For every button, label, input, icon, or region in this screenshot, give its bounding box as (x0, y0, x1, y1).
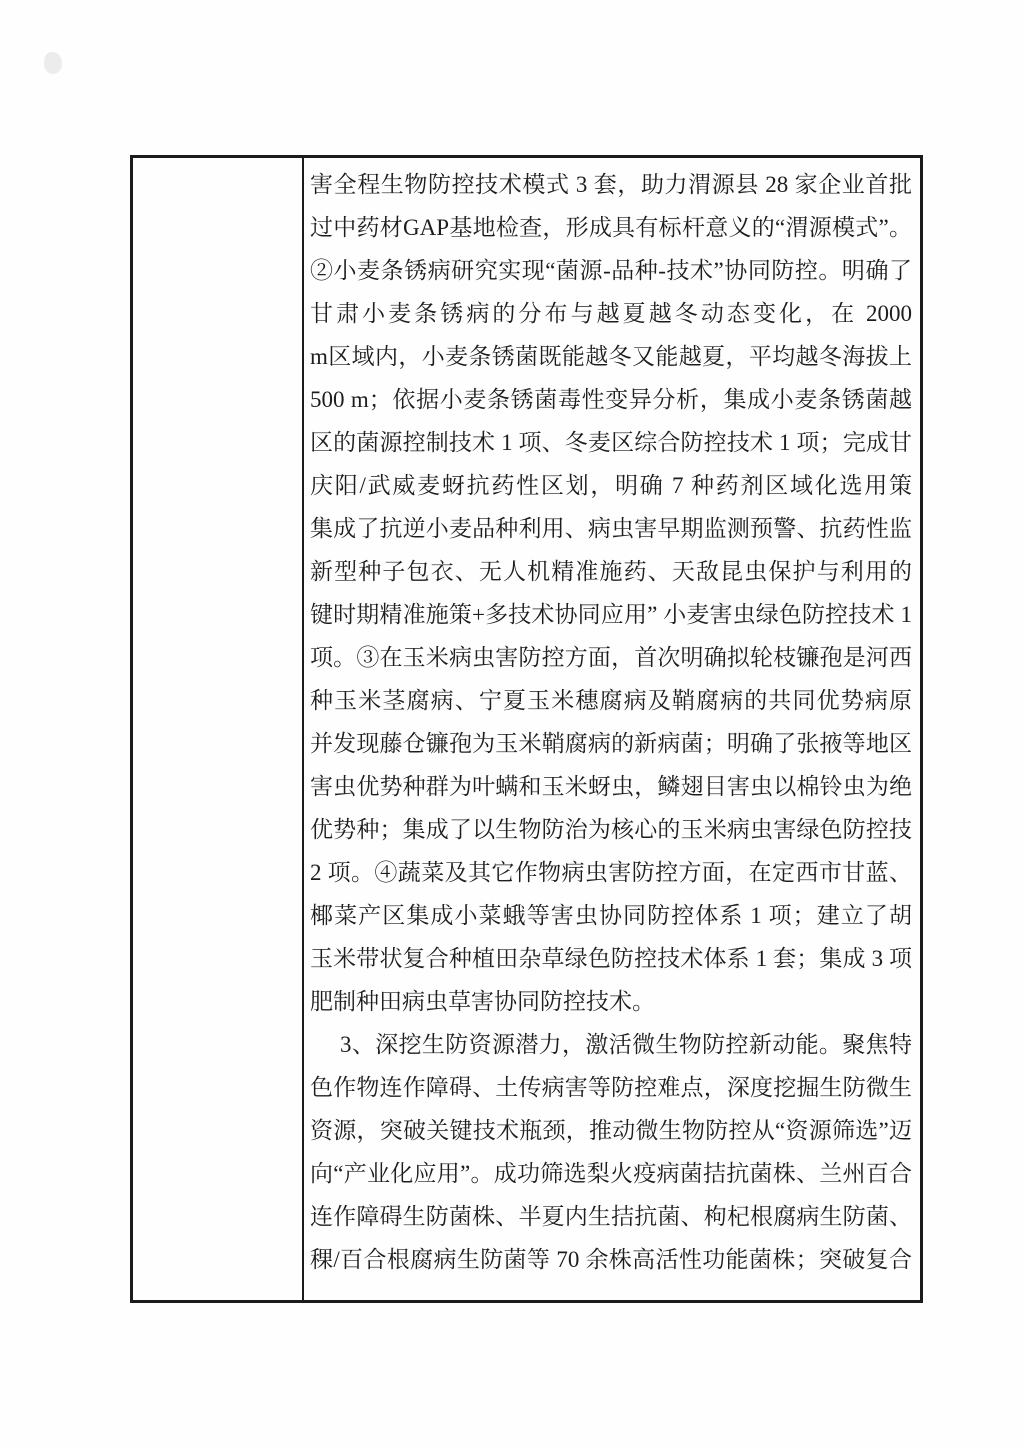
text-line: 玉米带状复合种植田杂草绿色防控技术体系 1 套；集成 3 项绿 (310, 937, 912, 980)
text-line: ②小麦条锈病研究实现“菌源-品种-技术”协同防控。明确了 (310, 249, 912, 292)
text-line: 2 项。④蔬菜及其它作物病虫害防控方面，在定西市甘蓝、花 (310, 851, 912, 894)
text-line: 资源，突破关键技术瓶颈，推动微生物防控从“资源筛选”迈 (310, 1109, 912, 1152)
text-line: 向“产业化应用”。成功筛选梨火疫病菌拮抗菌株、兰州百合 (310, 1152, 912, 1195)
text-line: 并发现藤仓镰孢为玉米鞘腐病的新病菌；明确了张掖等地区域 (310, 722, 912, 765)
text-line: 项。③在玉米病虫害防控方面，首次明确拟轮枝镰孢是河西制 (310, 636, 912, 679)
text-line: 区的菌源控制技术 1 项、冬麦区综合防控技术 1 项；完成甘肃 (310, 421, 912, 464)
text-line: 新型种子包衣、无人机精准施药、天敌昆虫保护与利用的等“关 (310, 550, 912, 593)
text-line: 椰菜产区集成小菜蛾等害虫协同防控体系 1 项；建立了胡麻- (310, 894, 912, 937)
table-content-cell: 害全程生物防控技术模式 3 套，助力渭源县 28 家企业首批通过中药材GAP基地… (304, 158, 920, 1300)
text-line: 种玉米茎腐病、宁夏玉米穗腐病及鞘腐病的共同优势病原菌， (310, 679, 912, 722)
text-line: 3、深挖生防资源潜力，激活微生物防控新动能。聚焦特 (310, 1023, 912, 1066)
text-line: 键时期精准施策+多技术协同应用” 小麦害虫绿色防控技术 1 (310, 593, 912, 636)
text-line: 过中药材GAP基地检查，形成具有标杆意义的“渭源模式”。 (310, 206, 912, 249)
text-line: 肥制种田病虫草害协同防控技术。 (310, 980, 912, 1023)
scan-smudge-artifact (44, 52, 62, 74)
text-line: 集成了抗逆小麦品种利用、病虫害早期监测预警、抗药性监测、 (310, 507, 912, 550)
text-line: 稞/百合根腐病生防菌等 70 余株高活性功能菌株；突破复合菌 (310, 1238, 912, 1281)
table-left-cell (133, 158, 304, 1300)
text-line: 色作物连作障碍、土传病害等防控难点，深度挖掘生防微生物 (310, 1066, 912, 1109)
text-line: m区域内，小麦条锈菌既能越冬又能越夏，平均越冬海拔上升 (310, 335, 912, 378)
text-line: 甘肃小麦条锈病的分布与越夏越冬动态变化，在 2000 m~2300 (310, 292, 912, 335)
content-table: 害全程生物防控技术模式 3 套，助力渭源县 28 家企业首批通过中药材GAP基地… (130, 155, 923, 1303)
text-line: 连作障碍生防菌株、半夏内生拮抗菌、枸杞根腐病生防菌、青 (310, 1195, 912, 1238)
text-line: 优势种；集成了以生物防治为核心的玉米病虫害绿色防控技术 (310, 808, 912, 851)
text-line: 500 m；依据小麦条锈菌毒性变异分析，集成小麦条锈菌越夏 (310, 378, 912, 421)
text-line: 害全程生物防控技术模式 3 套，助力渭源县 28 家企业首批通 (310, 163, 912, 206)
document-page: 害全程生物防控技术模式 3 套，助力渭源县 28 家企业首批通过中药材GAP基地… (0, 0, 1024, 1449)
text-line: 害虫优势种群为叶螨和玉米蚜虫，鳞翅目害虫以棉铃虫为绝对 (310, 765, 912, 808)
text-line: 庆阳/武威麦蚜抗药性区划，明确 7 种药剂区域化选用策略； (310, 464, 912, 507)
